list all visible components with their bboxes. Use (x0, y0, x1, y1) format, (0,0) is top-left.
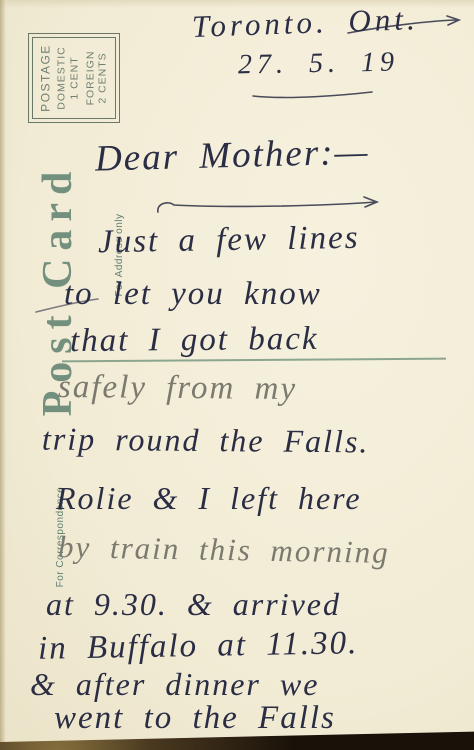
postcard-back: POSTAGE DOMESTIC 1 CENT FOREIGN 2 CENTS … (0, 0, 474, 742)
salutation-swoosh (158, 202, 376, 212)
postage-stamp-box: POSTAGE DOMESTIC 1 CENT FOREIGN 2 CENTS (28, 33, 120, 123)
postage-stamp-box-inner-border: POSTAGE DOMESTIC 1 CENT FOREIGN 2 CENTS (32, 37, 116, 119)
postcard-scan: POSTAGE DOMESTIC 1 CENT FOREIGN 2 CENTS … (0, 0, 474, 750)
domestic-rate: 1 CENT (69, 35, 82, 121)
date-underline-flourish (253, 92, 372, 97)
message-line: & after dinner we (30, 666, 319, 703)
message-line: that I got back (70, 321, 319, 360)
message-line: went to the Falls (54, 700, 336, 737)
foreign-rate: 2 CENTS (97, 35, 110, 121)
ont-arrowhead (447, 16, 459, 25)
handwritten-salutation: Dear Mother:— (94, 130, 369, 180)
handwritten-date: 27. 5. 19 (238, 47, 400, 82)
message-line: by train this morning (58, 529, 390, 571)
postage-rates-text: POSTAGE DOMESTIC 1 CENT FOREIGN 2 CENTS (39, 35, 110, 121)
message-line: trip round the Falls. (42, 421, 370, 461)
foreign-label: FOREIGN (84, 35, 97, 121)
message-line: Just a few lines (98, 220, 360, 262)
message-line: at 9.30. & arrived (46, 586, 341, 623)
message-line: safely from my (58, 369, 297, 408)
salutation-swoosh-arrowhead (364, 197, 377, 207)
message-line: in Buffalo at 11.30. (38, 625, 359, 668)
message-line: to let you know (64, 276, 322, 313)
message-line: Rolie & I left here (56, 480, 362, 517)
handwritten-place: Toronto. Ont. (191, 1, 419, 45)
postage-label: POSTAGE (39, 35, 53, 121)
domestic-label: DOMESTIC (56, 35, 69, 121)
